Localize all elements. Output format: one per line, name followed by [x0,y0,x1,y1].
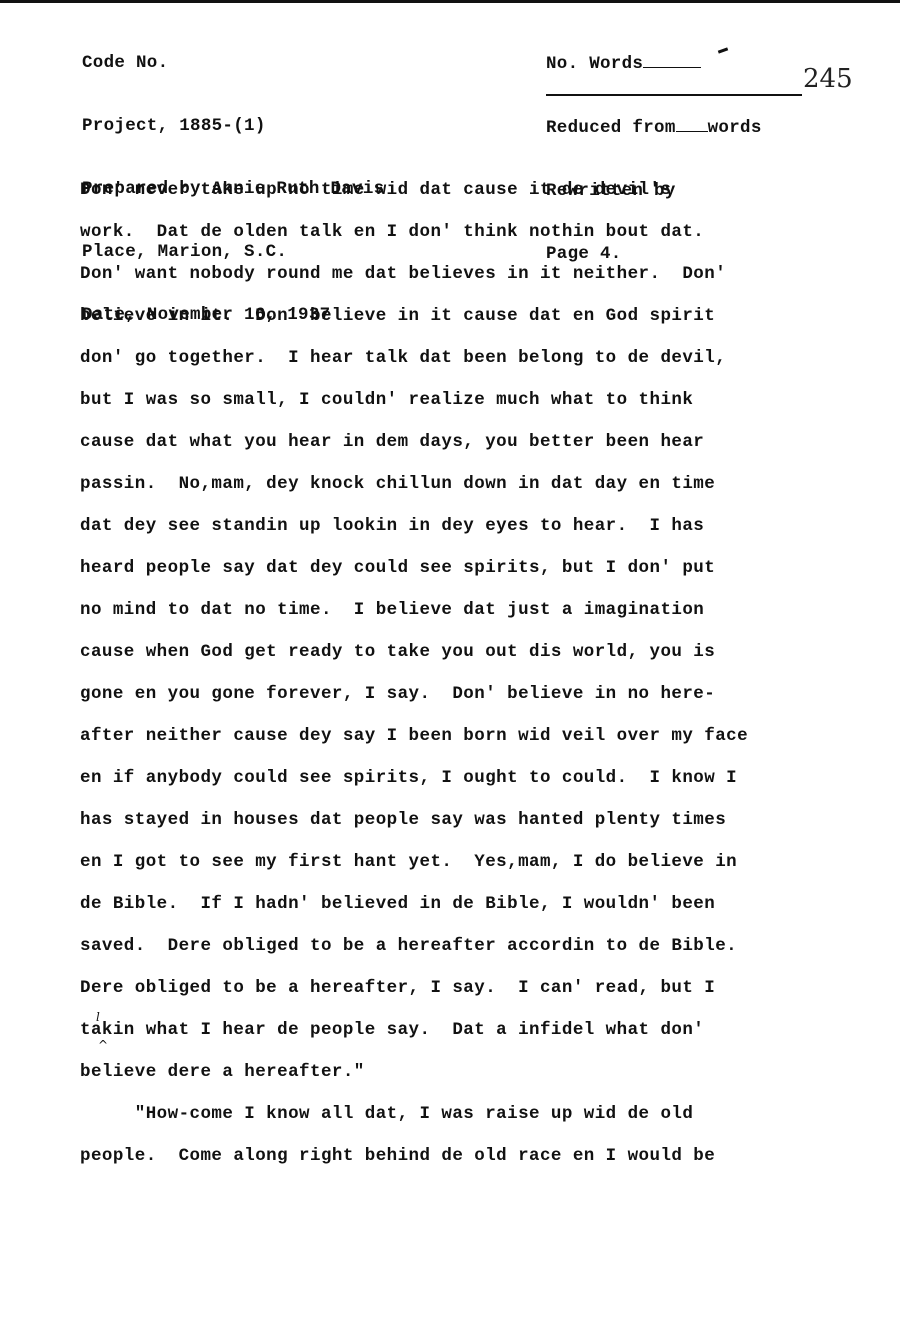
signature-line [546,94,802,96]
text-line: cause dat what you hear in dem days, you… [80,428,860,470]
pen-mark [718,47,728,53]
text-line: en I got to see my first hant yet. Yes,m… [80,848,860,890]
text-line: Dere obliged to be a hereafter, I say. I… [80,974,860,1016]
text-line: saved. Dere obliged to be a hereafter ac… [80,932,860,974]
top-border [0,0,900,3]
text-line: after neither cause dey say I been born … [80,722,860,764]
code-no: Code No. [82,53,384,74]
text-line: Don' want nobody round me dat believes i… [80,260,860,302]
reduced-from-line: Reduced fromwords [546,117,762,139]
text-line: has stayed in houses dat people say was … [80,806,860,848]
text-line: heard people say dat dey could see spiri… [80,554,860,596]
no-words-line: No. Words [546,53,762,75]
text-line: work. Dat de olden talk en I don' think … [80,218,860,260]
reduced-from-label: Reduced from [546,118,676,138]
text-line: "How-come I know all dat, I was raise up… [80,1100,860,1142]
text-line: no mind to dat no time. I believe dat ju… [80,596,860,638]
text-line: people. Come along right behind de old r… [80,1142,860,1184]
body-text: Don' never take up no time wid dat cause… [80,176,860,1184]
text-line: don' go together. I hear talk dat been b… [80,344,860,386]
reduced-words-label: words [708,118,762,138]
text-line: takin what I hear de people say. Dat a i… [80,1016,860,1058]
text-line: de Bible. If I hadn' believed in de Bibl… [80,890,860,932]
text-line: en if anybody could see spirits, I ought… [80,764,860,806]
text-line: but I was so small, I couldn' realize mu… [80,386,860,428]
no-words-label: No. Words [546,54,643,74]
text-line: believe in it. Don' believe in it cause … [80,302,860,344]
handwritten-insert: l [96,1010,100,1024]
page-number: 245 [803,64,853,94]
reduced-from-blank [676,117,708,132]
project: Project, 1885-(1) [82,116,384,137]
text-line: cause when God get ready to take you out… [80,638,860,680]
text-line: passin. No,mam, dey knock chillun down i… [80,470,860,512]
no-words-blank [643,53,701,68]
text-line: dat dey see standin up lookin in dey eye… [80,512,860,554]
text-line: Don' never take up no time wid dat cause… [80,176,860,218]
text-line: gone en you gone forever, I say. Don' be… [80,680,860,722]
text-line: believe dere a hereafter." [80,1058,860,1100]
caret-mark: ^ [98,1038,108,1052]
